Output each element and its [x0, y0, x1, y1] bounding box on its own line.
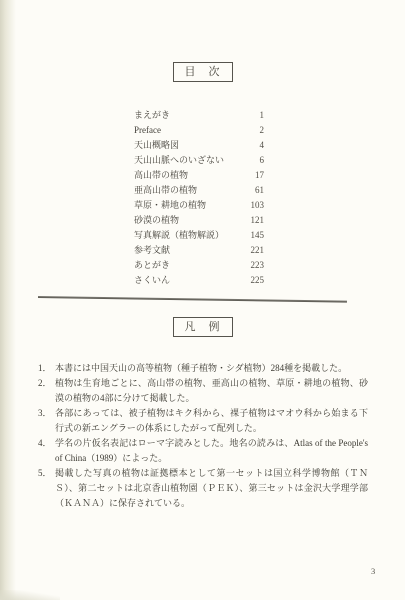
- table-of-contents: まえがき 1 Preface 2 天山概略図 4 天山山脈へのいざない 6 高山…: [134, 107, 264, 287]
- toc-row: 亜高山帯の植物 61: [134, 182, 264, 197]
- note-number: 1．: [38, 361, 52, 376]
- toc-entry-label: 写真解説（植物解説）: [134, 228, 224, 241]
- toc-entry-label: 亜高山帯の植物: [134, 183, 197, 196]
- toc-entry-label: 草原・耕地の植物: [134, 198, 206, 211]
- section-divider-rule: [38, 296, 347, 303]
- toc-entry-page: 221: [251, 245, 265, 255]
- toc-entry-page: 17: [255, 170, 264, 180]
- toc-entry-page: 2: [260, 125, 265, 135]
- toc-entry-page: 223: [251, 260, 265, 270]
- toc-entry-label: まえがき: [134, 108, 170, 121]
- toc-entry-page: 61: [255, 185, 264, 195]
- toc-entry-page: 4: [260, 140, 265, 150]
- toc-row: 砂漠の植物 121: [134, 212, 264, 227]
- toc-entry-page: 103: [251, 200, 265, 210]
- note-item: 2． 植物は生育地ごとに、高山帯の植物、亜高山の植物、草原・耕地の植物、砂漠の植…: [38, 376, 368, 406]
- note-text: 本書には中国天山の高等植物（種子植物・シダ植物）284種を掲載した。: [55, 363, 347, 373]
- toc-entry-label: 高山帯の植物: [134, 168, 188, 181]
- toc-entry-label: 砂漠の植物: [134, 213, 179, 226]
- toc-entry-page: 121: [251, 215, 265, 225]
- hanrei-notes-list: 1． 本書には中国天山の高等植物（種子植物・シダ植物）284種を掲載した。 2．…: [38, 361, 368, 511]
- note-item: 4． 学名の片仮名表記はローマ字読みとした。地名の読みは、Atlas of th…: [38, 436, 368, 466]
- toc-entry-page: 225: [251, 275, 265, 285]
- toc-entry-label: あとがき: [134, 258, 170, 271]
- note-item: 3． 各部にあっては、被子植物はキク科から、裸子植物はマオウ科から始まる下行式の…: [38, 406, 368, 436]
- note-number: 2．: [38, 376, 52, 391]
- note-number: 4．: [38, 436, 52, 451]
- toc-entry-label: 天山山脈へのいざない: [134, 153, 224, 166]
- note-item: 5． 掲載した写真の植物は証拠標本として第一セットは国立科学博物館（ＴＮＳ）、第…: [38, 466, 368, 511]
- toc-entry-label: さくいん: [134, 273, 170, 286]
- note-text: 学名の片仮名表記はローマ字読みとした。地名の読みは、Atlas of the P…: [55, 438, 368, 463]
- toc-row: あとがき 223: [134, 257, 264, 272]
- toc-row: 草原・耕地の植物 103: [134, 197, 264, 212]
- toc-row: Preface 2: [134, 122, 264, 137]
- toc-entry-label: Preface: [134, 125, 161, 135]
- toc-row: 参考文献 221: [134, 242, 264, 257]
- note-text: 植物は生育地ごとに、高山帯の植物、亜高山の植物、草原・耕地の植物、砂漠の植物の4…: [55, 378, 368, 403]
- hanrei-heading: 凡 例: [173, 317, 233, 337]
- toc-entry-label: 天山概略図: [134, 138, 179, 151]
- toc-row: 写真解説（植物解説） 145: [134, 227, 264, 242]
- toc-row: まえがき 1: [134, 107, 264, 122]
- page-number: 3: [371, 566, 375, 576]
- toc-entry-label: 参考文献: [134, 243, 170, 256]
- scan-corner-shadow: [0, 590, 60, 600]
- note-text: 掲載した写真の植物は証拠標本として第一セットは国立科学博物館（ＴＮＳ）、第二セッ…: [55, 468, 368, 508]
- toc-row: 高山帯の植物 17: [134, 167, 264, 182]
- toc-heading: 目 次: [173, 62, 233, 82]
- note-number: 3．: [38, 406, 52, 421]
- toc-entry-page: 1: [260, 110, 265, 120]
- note-text: 各部にあっては、被子植物はキク科から、裸子植物はマオウ科から始まる下行式の新エン…: [55, 408, 368, 433]
- note-number: 5．: [38, 466, 52, 481]
- toc-entry-page: 6: [260, 155, 265, 165]
- note-item: 1． 本書には中国天山の高等植物（種子植物・シダ植物）284種を掲載した。: [38, 361, 368, 376]
- toc-row: 天山概略図 4: [134, 137, 264, 152]
- toc-entry-page: 145: [251, 230, 265, 240]
- scan-binding-edge: [0, 0, 16, 600]
- toc-row: 天山山脈へのいざない 6: [134, 152, 264, 167]
- toc-row: さくいん 225: [134, 272, 264, 287]
